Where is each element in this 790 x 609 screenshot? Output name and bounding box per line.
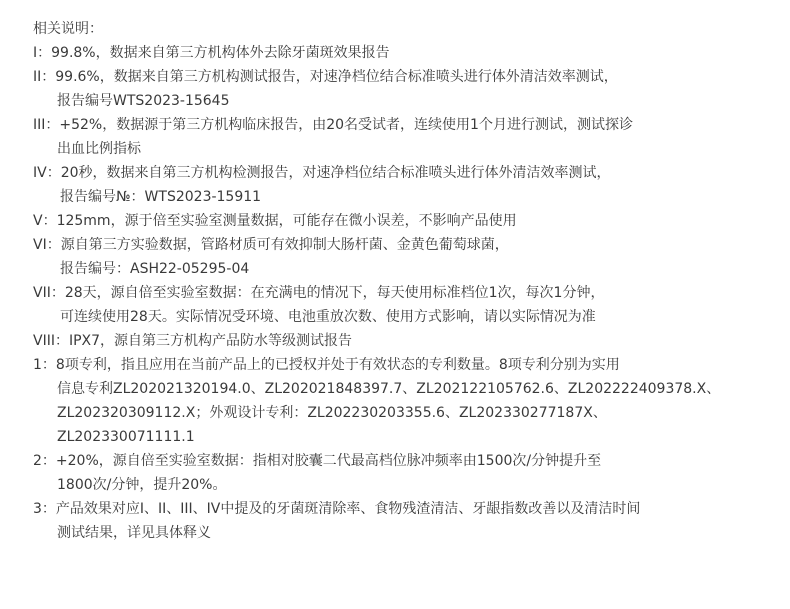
note-line: IV：20秒，数据来自第三方机构检测报告，对速净档位结合标准喷头进行体外清洁效率… — [33, 161, 773, 185]
note-item-iv: IV：20秒，数据来自第三方机构检测报告，对速净档位结合标准喷头进行体外清洁效率… — [33, 161, 773, 209]
note-item-v: V：125mm，源于倍至实验室测量数据，可能存在微小误差，不影响产品使用 — [33, 209, 773, 233]
note-line: I：99.8%，数据来自第三方机构体外去除牙菌斑效果报告 — [33, 41, 773, 65]
note-continuation: 出血比例指标 — [33, 137, 773, 161]
note-item-3: 3：产品效果对应I、II、III、IV中提及的牙菌斑清除率、食物残渣清洁、牙龈指… — [33, 497, 773, 545]
note-continuation: 报告编号WTS2023-15645 — [33, 89, 773, 113]
note-continuation: 信息专利ZL202021320194.0、ZL202021848397.7、ZL… — [33, 377, 773, 401]
note-item-i: I：99.8%，数据来自第三方机构体外去除牙菌斑效果报告 — [33, 41, 773, 65]
note-continuation: 测试结果，详见具体释义 — [33, 521, 773, 545]
note-continuation: 可连续使用28天。实际情况受环境、电池重放次数、使用方式影响，请以实际情况为准 — [33, 305, 773, 329]
note-continuation: ZL202330071111.1 — [33, 425, 773, 449]
note-line: 2：+20%，源自倍至实验室数据：指相对胶囊二代最高档位脉冲频率由1500次/分… — [33, 449, 773, 473]
note-item-ii: II：99.6%，数据来自第三方机构测试报告，对速净档位结合标准喷头进行体外清洁… — [33, 65, 773, 113]
note-line: VIII：IPX7，源自第三方机构产品防水等级测试报告 — [33, 329, 773, 353]
note-line: III：+52%，数据源于第三方机构临床报告，由20名受试者，连续使用1个月进行… — [33, 113, 773, 137]
note-item-1: 1：8项专利，指且应用在当前产品上的已授权并处于有效状态的专利数量。8项专利分别… — [33, 353, 773, 449]
note-item-2: 2：+20%，源自倍至实验室数据：指相对胶囊二代最高档位脉冲频率由1500次/分… — [33, 449, 773, 497]
note-continuation: 1800次/分钟，提升20%。 — [33, 473, 773, 497]
note-line: V：125mm，源于倍至实验室测量数据，可能存在微小误差，不影响产品使用 — [33, 209, 773, 233]
note-line: VII：28天，源自倍至实验室数据：在充满电的情况下，每天使用标准档位1次，每次… — [33, 281, 773, 305]
note-item-iii: III：+52%，数据源于第三方机构临床报告，由20名受试者，连续使用1个月进行… — [33, 113, 773, 161]
note-line: 3：产品效果对应I、II、III、IV中提及的牙菌斑清除率、食物残渣清洁、牙龈指… — [33, 497, 773, 521]
note-line: II：99.6%，数据来自第三方机构测试报告，对速净档位结合标准喷头进行体外清洁… — [33, 65, 773, 89]
note-continuation: ZL202320309112.X；外观设计专利：ZL202230203355.6… — [33, 401, 773, 425]
note-item-viii: VIII：IPX7，源自第三方机构产品防水等级测试报告 — [33, 329, 773, 353]
note-continuation: 报告编号№：WTS2023-15911 — [33, 185, 773, 209]
note-line: VI：源自第三方实验数据，管路材质可有效抑制大肠杆菌、金黄色葡萄球菌， — [33, 233, 773, 257]
disclaimer-notes: 相关说明： I：99.8%，数据来自第三方机构体外去除牙菌斑效果报告 II：99… — [33, 17, 773, 545]
note-line: 1：8项专利，指且应用在当前产品上的已授权并处于有效状态的专利数量。8项专利分别… — [33, 353, 773, 377]
note-item-vii: VII：28天，源自倍至实验室数据：在充满电的情况下，每天使用标准档位1次，每次… — [33, 281, 773, 329]
notes-heading: 相关说明： — [33, 17, 773, 41]
note-continuation: 报告编号：ASH22-05295-04 — [33, 257, 773, 281]
note-item-vi: VI：源自第三方实验数据，管路材质可有效抑制大肠杆菌、金黄色葡萄球菌， 报告编号… — [33, 233, 773, 281]
